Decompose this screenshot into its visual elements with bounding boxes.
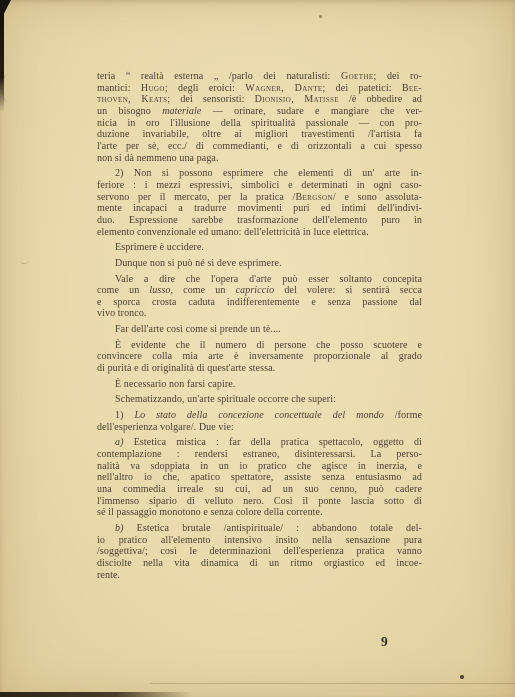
paragraph: 1) Lo stato della concezione concettuale… — [97, 410, 422, 433]
text-line: elemento convenzionale ed umano: dell'el… — [97, 227, 422, 239]
text-segment: nalità va sdoppiata in un io pratico che… — [97, 461, 422, 472]
text-segment: mente incapaci a tradurre movimenti puri… — [97, 203, 422, 214]
text-segment: come un — [97, 285, 149, 296]
text-segment: È evidente che il numero di persone che … — [115, 340, 422, 351]
smallcaps-name: Bee- — [402, 83, 422, 94]
paper-squiggle-mark — [20, 257, 30, 264]
text-line: Schematizzando, un'arte spirituale occor… — [97, 394, 422, 406]
paper-speck-bottom-right — [460, 675, 464, 679]
paragraph: 2) Non si possono esprimere che elementi… — [97, 168, 422, 238]
text-segment: 1) — [115, 410, 134, 421]
text-line: mantici: Hugo; degli eroici: Wagner, Dan… — [97, 83, 422, 95]
text-line: Dunque non si può né si deve esprimere. — [97, 258, 422, 270]
text-line: b) Estetica brutale /antispirituale/ : a… — [97, 523, 422, 535]
text-segment: del volere: si sentirà secca — [274, 285, 422, 296]
text-line: feriore : i mezzi espressivi, simbolici … — [97, 180, 422, 192]
paragraph: Dunque non si può né si deve esprimere. — [97, 258, 422, 270]
text-line: È evidente che il numero di persone che … — [97, 340, 422, 352]
page-number: 9 — [381, 634, 388, 650]
text-line: di purità e di originalità di quest'arte… — [97, 363, 422, 375]
italic-text: lusso — [149, 285, 170, 296]
text-segment: /forme — [384, 410, 422, 421]
italic-text: a) — [115, 437, 124, 448]
text-line: nalità va sdoppiata in un io pratico che… — [97, 461, 422, 473]
text-segment: /è obbedire ad — [339, 94, 422, 105]
text-line: sé il passaggio monotono e senza colore … — [97, 507, 422, 519]
text-line: vivo tronco. — [97, 308, 422, 320]
text-segment: rente. — [97, 570, 120, 581]
text-segment: mantici: — [97, 83, 141, 94]
text-line: 2) Non si possono esprimere che elementi… — [97, 168, 422, 180]
text-segment: non si dà nemmeno una paga. — [97, 153, 219, 164]
text-line: l'immenso sipario di velluto nero. Così … — [97, 496, 422, 508]
text-segment: /soggettiva/; così le determinazioni del… — [97, 546, 422, 557]
text-segment: dell'esperienza volgare/. Due vie: — [97, 422, 234, 433]
text-segment: elemento convenzionale ed umano: dell'el… — [97, 227, 369, 238]
text-line: dell'esperienza volgare/. Due vie: — [97, 422, 422, 434]
text-line: non si dà nemmeno una paga. — [97, 153, 422, 165]
text-segment: ; dei ro- — [374, 71, 422, 82]
text-line: Far dell'arte così come si prende un tè.… — [97, 324, 422, 336]
text-segment: una commedia irreale su cui, ad un suo c… — [97, 484, 422, 495]
italic-text: b) — [115, 523, 124, 534]
text-segment: Schematizzando, un'arte spirituale occor… — [115, 394, 336, 405]
paper-crease-mark — [2, 74, 12, 102]
text-segment: — orinare, sudare e mangiare che ver- — [201, 106, 422, 117]
text-segment: Esprimere è uccidere. — [115, 242, 204, 253]
text-segment: teria “ realtà esterna „ /parlo dei natu… — [97, 71, 341, 82]
text-segment: disciolte nella vita dinamica di un ritm… — [97, 558, 422, 569]
text-line: duo. Espressione sarebbe trasformazione … — [97, 215, 422, 227]
text-segment: di purità e di originalità di quest'arte… — [97, 363, 275, 374]
paragraph: Esprimere è uccidere. — [97, 242, 422, 254]
text-line: mente incapaci a tradurre movimenti puri… — [97, 203, 422, 215]
text-segment: ; degli eroici: — [165, 83, 245, 94]
smallcaps-name: Goethe — [341, 71, 374, 82]
paragraph: teria “ realtà esterna „ /parlo dei natu… — [97, 71, 422, 164]
text-segment: / e sono assoluta- — [333, 192, 422, 203]
text-segment: e sporca crosta caduta indifferentemente… — [97, 297, 422, 308]
text-line: È necessario non farsi capire. — [97, 379, 422, 391]
text-segment: sé il passaggio monotono e senza colore … — [97, 507, 323, 518]
text-line: thoven, Keats; dei sensoristi: Dionisio,… — [97, 94, 422, 106]
text-segment: , come un — [170, 285, 235, 296]
text-line: io pratico all'elemento intensivo insito… — [97, 535, 422, 547]
text-segment: ; dei sensoristi: — [167, 94, 254, 105]
paragraph: Far dell'arte così come si prende un tè.… — [97, 324, 422, 336]
smallcaps-name: Dionisio, Matisse — [255, 94, 339, 105]
text-line: nell'altro io che, apatico spettatore, a… — [97, 472, 422, 484]
text-line: un bisogno materiale — orinare, sudare e… — [97, 106, 422, 118]
smallcaps-name: Hugo — [141, 83, 165, 94]
scanned-book-page: teria “ realtà esterna „ /parlo dei natu… — [0, 0, 515, 697]
scan-edge-bottom-artifact — [0, 692, 192, 697]
text-segment: contemplazione : rendersi estraneo, disi… — [97, 449, 422, 460]
text-line: convincere colla mia arte è inversamente… — [97, 351, 422, 363]
text-line: 1) Lo stato della concezione concettuale… — [97, 410, 422, 422]
paragraph: È evidente che il numero di persone che … — [97, 340, 422, 375]
text-line: a) Estetica mistica : far della pratica … — [97, 437, 422, 449]
text-segment: l'arte per sè, ecc./ di commedianti, e d… — [97, 141, 422, 152]
text-line: e sporca crosta caduta indifferentemente… — [97, 297, 422, 309]
paragraph: Vale a dire che l'opera d'arte può esser… — [97, 274, 422, 321]
text-segment: duo. Espressione sarebbe trasformazione … — [97, 215, 422, 226]
text-segment: Dunque non si può né si deve esprimere. — [115, 258, 282, 269]
smallcaps-name: Bergson — [295, 192, 332, 203]
text-line: l'arte per sè, ecc./ di commedianti, e d… — [97, 141, 422, 153]
paragraph: È necessario non farsi capire. — [97, 379, 422, 391]
text-segment: Far dell'arte così come si prende un tè.… — [115, 324, 281, 335]
text-line: teria “ realtà esterna „ /parlo dei natu… — [97, 71, 422, 83]
text-segment: È necessario non farsi capire. — [115, 379, 235, 390]
italic-text: Lo stato della concezione concettuale de… — [134, 410, 383, 421]
text-segment: feriore : i mezzi espressivi, simbolici … — [97, 180, 422, 191]
body-text-block: teria “ realtà esterna „ /parlo dei natu… — [97, 71, 422, 581]
paragraph: Schematizzando, un'arte spirituale occor… — [97, 394, 422, 406]
paragraph: a) Estetica mistica : far della pratica … — [97, 437, 422, 519]
paragraph: b) Estetica brutale /antispirituale/ : a… — [97, 523, 422, 581]
text-segment: duzione invariabile, oltre ai migliori t… — [97, 129, 422, 140]
text-segment: nicia in oro l'illusione della spiritual… — [97, 118, 422, 129]
text-line: come un lusso, come un capriccio del vol… — [97, 285, 422, 297]
text-segment: Estetica brutale /antispirituale/ : abba… — [124, 523, 422, 534]
text-segment: io pratico all'elemento intensivo insito… — [97, 535, 422, 546]
text-segment: Estetica mistica : far della pratica spe… — [124, 437, 422, 448]
text-line: Vale a dire che l'opera d'arte può esser… — [97, 274, 422, 286]
text-line: rente. — [97, 570, 422, 582]
text-segment: l'immenso sipario di velluto nero. Così … — [97, 496, 422, 507]
text-segment: 2) Non si possono esprimere che elementi… — [115, 168, 422, 179]
text-segment: nell'altro io che, apatico spettatore, a… — [97, 472, 422, 483]
text-line: duzione invariabile, oltre ai migliori t… — [97, 129, 422, 141]
italic-text: materiale — [162, 106, 201, 117]
text-segment: convincere colla mia arte è inversamente… — [97, 351, 422, 362]
text-line: servono per il mercato, per la pratica /… — [97, 192, 422, 204]
paper-speck-top — [319, 15, 322, 18]
smallcaps-name: Wagner, Dante — [245, 83, 322, 94]
text-line: Esprimere è uccidere. — [97, 242, 422, 254]
smallcaps-name: thoven, Keats — [97, 94, 167, 105]
paper-crease-line-bottom — [150, 683, 515, 684]
text-line: /soggettiva/; così le determinazioni del… — [97, 546, 422, 558]
text-line: contemplazione : rendersi estraneo, disi… — [97, 449, 422, 461]
text-line: nicia in oro l'illusione della spiritual… — [97, 118, 422, 130]
italic-text: capriccio — [236, 285, 275, 296]
text-line: disciolte nella vita dinamica di un ritm… — [97, 558, 422, 570]
text-line: una commedia irreale su cui, ad un suo c… — [97, 484, 422, 496]
text-segment: un bisogno — [97, 106, 162, 117]
text-segment: Vale a dire che l'opera d'arte può esser… — [115, 274, 422, 285]
text-segment: servono per il mercato, per la pratica / — [97, 192, 295, 203]
text-segment: vivo tronco. — [97, 308, 147, 319]
text-segment: ; dei patetici: — [323, 83, 402, 94]
